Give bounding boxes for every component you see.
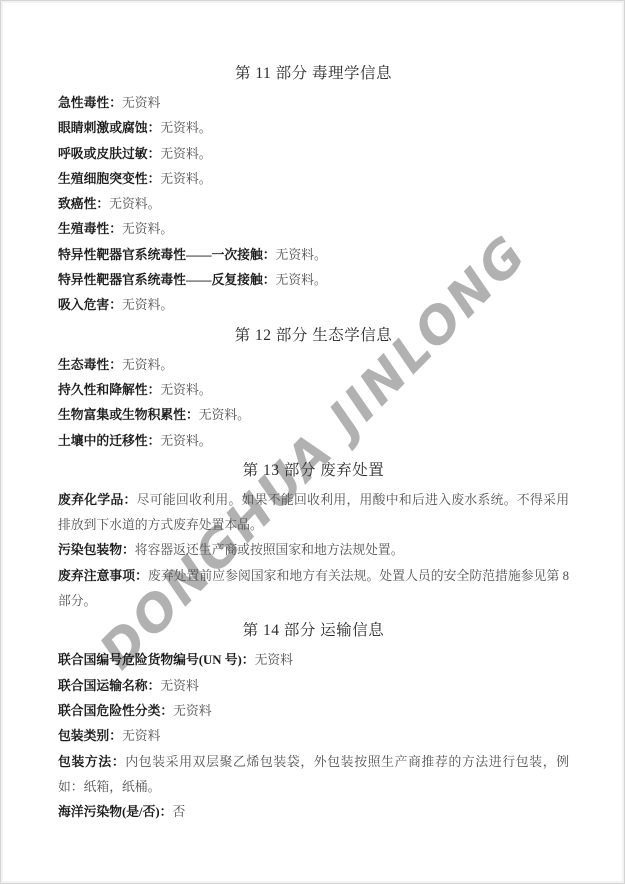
field-value: 无资料 — [122, 96, 160, 110]
field-value: 无资料。 — [160, 434, 211, 448]
field-value: 无资料 — [255, 653, 293, 667]
field-value: 无资料。 — [109, 197, 160, 211]
field-label: 包装类别： — [58, 729, 122, 743]
field-value: 无资料。 — [276, 248, 327, 262]
field-value: 无资料。 — [160, 121, 211, 135]
field-row-mobility-in-soil: 土壤中的迁移性：无资料。 — [58, 429, 569, 454]
field-row-germ-cell-mutagenicity: 生殖细胞突变性：无资料。 — [58, 167, 569, 192]
field-label: 联合国编号危险货物编号(UN 号)： — [58, 653, 255, 667]
field-row-un-shipping-name: 联合国运输名称：无资料 — [58, 674, 569, 699]
field-row-stot-repeated-exposure: 特异性靶器官系统毒性——反复接触：无资料。 — [58, 268, 569, 293]
field-label: 生态毒性： — [58, 358, 122, 372]
field-value: 无资料 — [173, 704, 211, 718]
field-label: 呼吸或皮肤过敏： — [58, 147, 160, 161]
field-row-aspiration-hazard: 吸入危害：无资料。 — [58, 293, 569, 318]
field-row-bioaccumulation: 生物富集或生物积累性：无资料。 — [58, 403, 569, 428]
field-row-packing-group: 包装类别：无资料 — [58, 724, 569, 749]
field-label: 联合国运输名称： — [58, 679, 160, 693]
field-label: 联合国危险性分类： — [58, 704, 173, 718]
field-label: 眼睛刺激或腐蚀： — [58, 121, 160, 135]
section-11-title: 第 11 部分 毒理学信息 — [58, 61, 569, 87]
field-row-ecotoxicity: 生态毒性：无资料。 — [58, 353, 569, 378]
field-value: 内包装采用双层聚乙烯包装袋，外包装按照生产商推荐的方法进行包装，例如：纸箱，纸桶… — [58, 755, 569, 794]
field-row-eye-irritation: 眼睛刺激或腐蚀：无资料。 — [58, 116, 569, 141]
field-label: 生殖毒性： — [58, 222, 122, 236]
field-row-marine-pollutant: 海洋污染物(是/否)：否 — [58, 800, 569, 825]
field-value: 无资料。 — [276, 273, 327, 287]
field-value: 无资料。 — [199, 408, 250, 422]
field-value: 无资料。 — [160, 147, 211, 161]
section-12-title: 第 12 部分 生态学信息 — [58, 323, 569, 349]
document-page: DONGHUA JINLONG 第 11 部分 毒理学信息 急性毒性：无资料 眼… — [0, 0, 625, 884]
field-row-reproductive-toxicity: 生殖毒性：无资料。 — [58, 217, 569, 242]
field-row-un-number: 联合国编号危险货物编号(UN 号)：无资料 — [58, 648, 569, 673]
field-label: 废弃化学品： — [58, 493, 137, 507]
field-value: 无资料。 — [122, 358, 173, 372]
field-label: 吸入危害： — [58, 298, 122, 312]
field-label: 持久性和降解性： — [58, 383, 160, 397]
field-label: 土壤中的迁移性： — [58, 434, 160, 448]
field-label: 废弃注意事项： — [58, 569, 148, 583]
field-label: 特异性靶器官系统毒性——一次接触： — [58, 248, 276, 262]
field-label: 急性毒性： — [58, 96, 122, 110]
field-value: 无资料。 — [122, 222, 173, 236]
field-row-carcinogenicity: 致癌性：无资料。 — [58, 192, 569, 217]
field-label: 海洋污染物(是/否)： — [58, 805, 172, 819]
field-label: 包装方法： — [58, 755, 125, 769]
field-value: 无资料。 — [122, 298, 173, 312]
field-row-waste-chemicals: 废弃化学品：尽可能回收利用。如果不能回收利用，用酸中和后进入废水系统。不得采用排… — [58, 488, 569, 539]
field-value: 无资料 — [122, 729, 160, 743]
field-row-un-hazard-class: 联合国危险性分类：无资料 — [58, 699, 569, 724]
field-label: 生殖细胞突变性： — [58, 172, 160, 186]
field-row-stot-single-exposure: 特异性靶器官系统毒性——一次接触：无资料。 — [58, 243, 569, 268]
field-label: 污染包装物： — [58, 543, 135, 557]
field-row-contaminated-packaging: 污染包装物：将容器返还生产商或按照国家和地方法规处置。 — [58, 538, 569, 563]
section-14-title: 第 14 部分 运输信息 — [58, 618, 569, 644]
field-row-respiratory-skin-sensitization: 呼吸或皮肤过敏：无资料。 — [58, 142, 569, 167]
field-value: 否 — [172, 805, 185, 819]
field-label: 特异性靶器官系统毒性——反复接触： — [58, 273, 276, 287]
field-value: 将容器返还生产商或按照国家和地方法规处置。 — [135, 543, 404, 557]
field-label: 致癌性： — [58, 197, 109, 211]
section-13-title: 第 13 部分 废弃处置 — [58, 458, 569, 484]
field-value: 无资料。 — [160, 172, 211, 186]
field-row-packing-method: 包装方法：内包装采用双层聚乙烯包装袋，外包装按照生产商推荐的方法进行包装，例如：… — [58, 750, 569, 801]
field-value: 无资料。 — [160, 383, 211, 397]
field-label: 生物富集或生物积累性： — [58, 408, 199, 422]
document-content: 第 11 部分 毒理学信息 急性毒性：无资料 眼睛刺激或腐蚀：无资料。 呼吸或皮… — [1, 1, 624, 825]
field-value: 无资料 — [160, 679, 198, 693]
field-row-persistence-degradability: 持久性和降解性：无资料。 — [58, 378, 569, 403]
field-row-disposal-precautions: 废弃注意事项：废弃处置前应参阅国家和地方有关法规。处置人员的安全防范措施参见第 … — [58, 564, 569, 615]
field-row-acute-toxicity: 急性毒性：无资料 — [58, 91, 569, 116]
